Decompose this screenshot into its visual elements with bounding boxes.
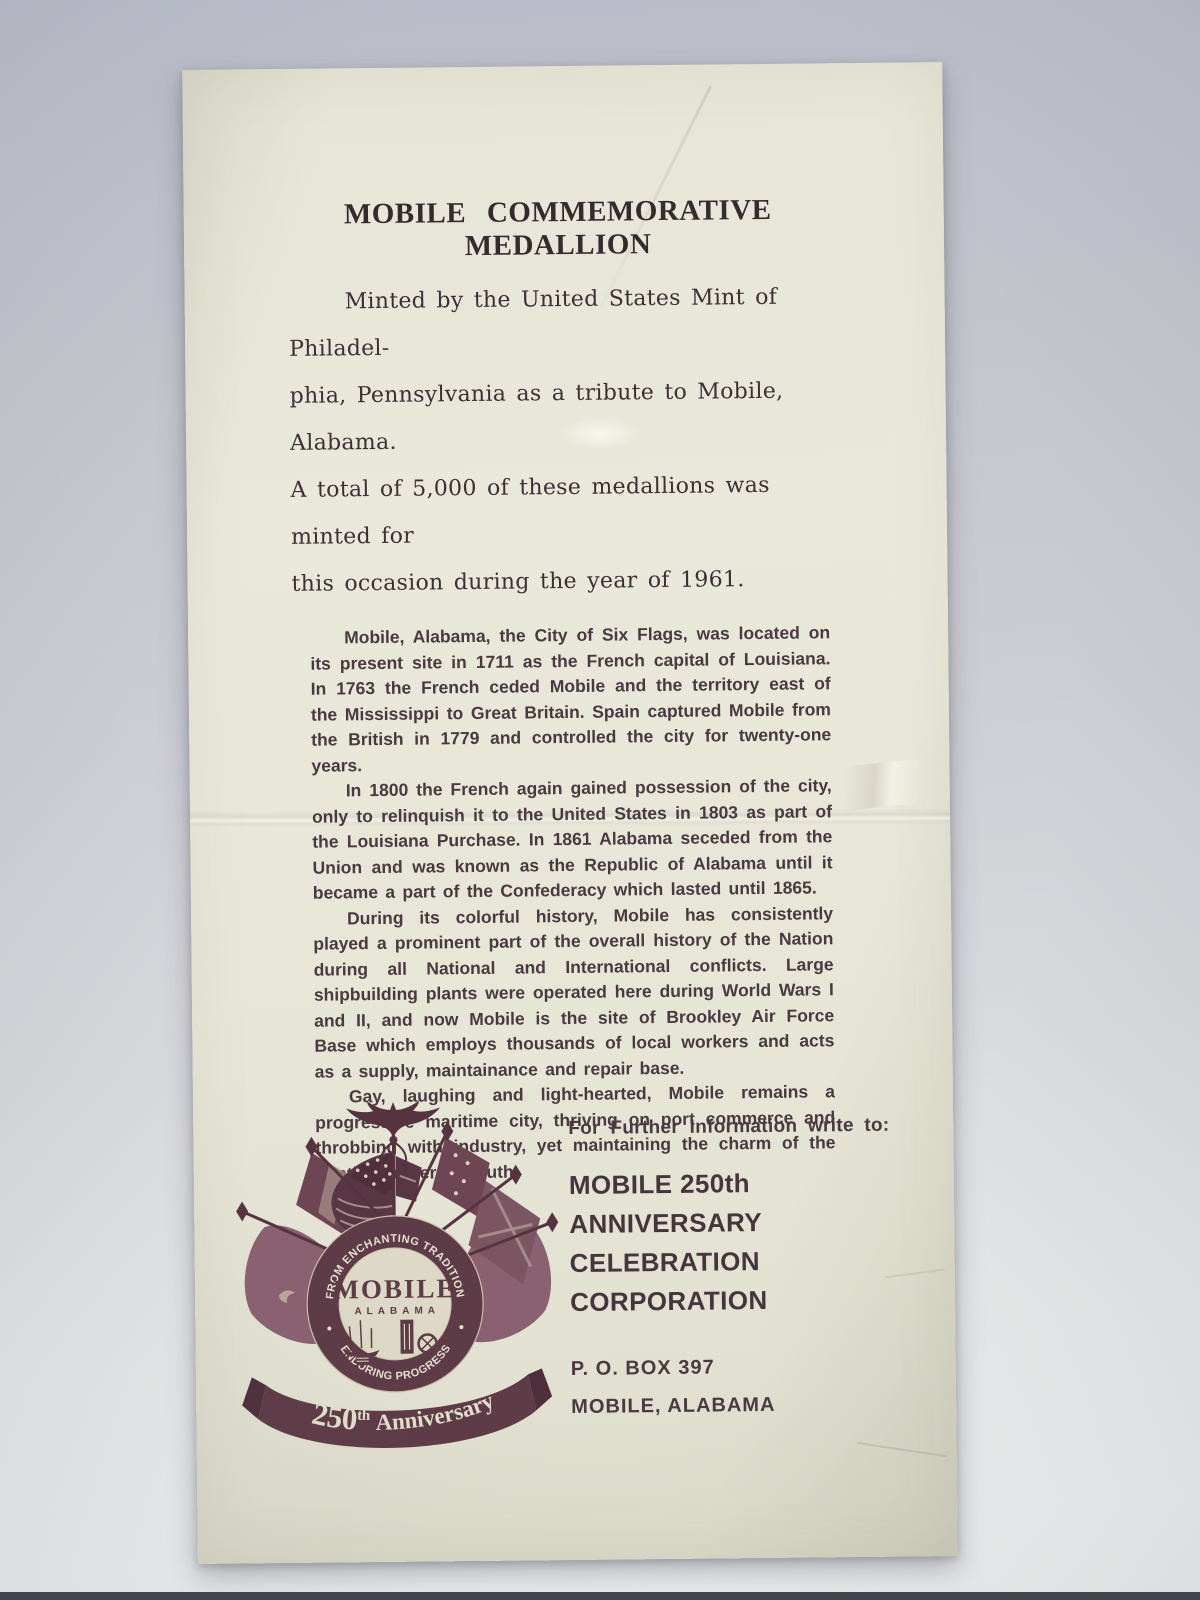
anniversary-emblem: FROM ENCHANTING TRADITION ENDURING PROGR… <box>233 1096 563 1465</box>
flyer-document: MOBILE COMMEMORATIVE MEDALLION Minted by… <box>182 62 958 1564</box>
organization-line: ANNIVERSARY CELEBRATION <box>569 1201 920 1283</box>
intro-paragraph: Minted by the United States Mint of Phil… <box>288 273 833 608</box>
seal: FROM ENCHANTING TRADITION ENDURING PROGR… <box>306 1215 484 1393</box>
body-paragraph: During its colorful history, Mobile has … <box>313 901 835 1085</box>
eagle-icon <box>346 1100 440 1144</box>
intro-line: this occasion during the year of 1961. <box>291 555 833 608</box>
intro-line: A total of 5,000 of these medallions was… <box>290 461 833 561</box>
intro-line: phia, Pennsylvania as a tribute to Mobil… <box>289 367 832 467</box>
organization-line: MOBILE 250th <box>569 1162 919 1205</box>
emblem-state-name: ALABAMA <box>354 1305 440 1317</box>
organization-line: CORPORATION <box>570 1279 920 1322</box>
organization-name: MOBILE 250th ANNIVERSARY CELEBRATION COR… <box>569 1162 921 1322</box>
emblem-city-name: MOBILE <box>333 1273 456 1304</box>
contact-block: For Further Information write to: MOBILE… <box>568 1114 921 1426</box>
intro-line: Minted by the United States Mint of Phil… <box>288 273 831 373</box>
city-line: MOBILE, ALABAMA <box>571 1384 921 1426</box>
mailing-address: P. O. BOX 397 MOBILE, ALABAMA <box>571 1346 922 1426</box>
body-paragraph: Mobile, Alabama, the City of Six Flags, … <box>310 620 832 778</box>
photo-scene: MOBILE COMMEMORATIVE MEDALLION Minted by… <box>0 0 1200 1600</box>
body-paragraph: In 1800 the French again gained possessi… <box>312 773 833 906</box>
document-title: MOBILE COMMEMORATIVE MEDALLION <box>288 193 829 265</box>
po-box-line: P. O. BOX 397 <box>571 1346 921 1388</box>
surface-edge <box>0 1592 1200 1600</box>
contact-heading: For Further Information write to: <box>568 1114 918 1140</box>
